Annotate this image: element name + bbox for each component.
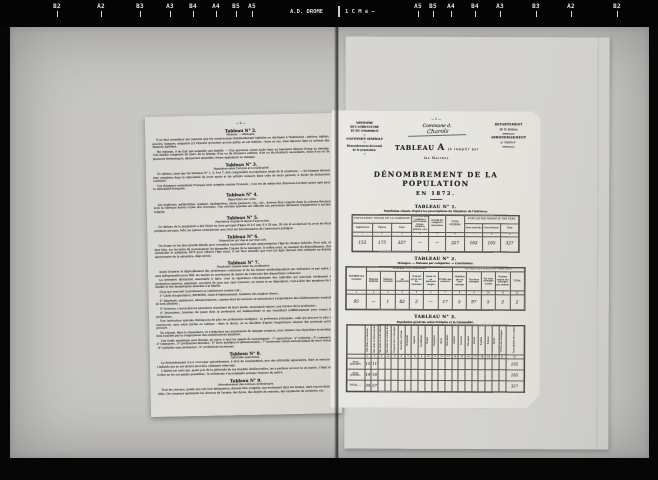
t2-handwritten-value: 17 (438, 295, 452, 310)
t1-handwritten-value: 152 (353, 236, 373, 251)
t2-handwritten-value: — (424, 295, 438, 310)
t1-handwritten-value: — (412, 236, 429, 251)
ruler-mark: A2 (90, 3, 112, 17)
section-tableau-5: Tableau N° 5. Population d'après le degr… (154, 213, 331, 233)
t3-handwritten-value (499, 370, 506, 381)
divider-dash (503, 133, 515, 134)
t2-handwritten-value: 82 (395, 295, 409, 310)
t1-col-total-general: TOTAL GÉNÉRAL (446, 215, 465, 232)
t1-handwritten-value: 165 (483, 236, 501, 251)
section-tableau-7: Tableau N° 7. Population classée selon l… (155, 258, 334, 350)
section-tableau-6: Tableau N° 6. Répartition par âge et par… (154, 232, 331, 259)
ruler-mark: B3 (525, 3, 547, 17)
divider-dash (502, 146, 514, 147)
t2-handwritten-value: 2 (409, 295, 423, 310)
t1-handwritten-value: 327 (501, 236, 519, 251)
t2-handwritten-value: 1 (381, 295, 395, 310)
form-main-title: DÉNOMBREMENT DE LA POPULATION (339, 170, 532, 189)
t3-column-header: Suédois (479, 326, 486, 355)
section-tableau-8: Tableau N° 8. Infirmités apparentes. Le … (157, 349, 334, 377)
t2-col-nombre-menages: NOMBRE des ménages (346, 267, 366, 291)
arrondissement-handwritten-value: d. Valence (501, 140, 517, 145)
t2-subcolumn-header: Par deux ménages (467, 272, 481, 291)
t2-handwritten-value: 2 (495, 295, 509, 310)
department-block: DÉPARTEMENT de la Drôme ARRONDISSEMENT d… (484, 122, 532, 161)
t3-row-label-header (347, 325, 365, 354)
tableau3-table: Née dans la communeNée dans le départeme… (346, 325, 524, 393)
section-tableau-4: Tableau N° 4. Répartition par culte. Les… (153, 190, 330, 214)
t2-subcolumn-header: Par trois ménages et plus (481, 272, 495, 291)
divider-dash (430, 198, 442, 199)
t1-group-population-par-sexe: POPULATION RÉPARTIE PAR SEXE (465, 215, 519, 224)
t2-handwritten-value: 2 (510, 295, 525, 310)
section-tableau-3: Tableau N° 3. Population selon l'origine… (153, 160, 331, 192)
t2-handwritten-value: — (366, 295, 380, 310)
t3-handwritten-value: 165 (505, 370, 523, 381)
t3-column-header: Italiens (452, 326, 459, 355)
t3-row-label: TOTAL..... (346, 380, 364, 391)
t2-subcolumn-header: TOTAL (510, 272, 525, 291)
ministry-block: MINISTÈREDE L'AGRICULTUREET DU COMMERCE—… (339, 122, 389, 161)
paragraph: On donne ici les plus grands détails pou… (155, 241, 332, 259)
section-tableau-2: Tableau N° 2. Maisons. — Ménages. Il ne … (152, 126, 330, 161)
tableau-letter: A (437, 143, 445, 153)
ruler-mark: A5 (241, 3, 263, 17)
ruler-mark: A3 (159, 3, 181, 17)
t3-handwritten-value: 162 (506, 359, 524, 370)
ruler-mark: A2 (560, 3, 582, 17)
form-header-center: Commune d. Charols TABLEAU A (à remplir … (389, 122, 484, 161)
paragraph: Tous les chevaux, quelle que soit leur d… (158, 385, 335, 396)
paragraph: Les anglicans, méthodistes, quakers, ana… (154, 200, 331, 214)
t1-subcolumn-header: Agglomérée (353, 223, 373, 232)
tableau-a-form-page: — 1 — MINISTÈREDE L'AGRICULTUREET DU COM… (330, 111, 540, 409)
t3-row-label: Sexe masculin. (347, 358, 365, 369)
t1-handwritten-value: 327 (392, 236, 412, 251)
t3-column-header: Espagnols (432, 326, 439, 355)
t2-subcolumn-header: TOTAL des maisons (438, 272, 452, 291)
t1-group-population-totale: POPULATION TOTALE DE LA COMMUNE (353, 215, 412, 224)
t2-handwritten-value: 5 (481, 295, 495, 310)
t2-subcolumn-header: N'ayant qu'un rez-de-chaussée (409, 272, 423, 291)
commune-handwritten-value: Charols (408, 128, 467, 137)
tableau1-subtitle: Population classée d'après les prescript… (339, 210, 532, 214)
t2-subcolumn-header: Nombre moyen des ménages par maison (496, 272, 510, 291)
paragraph: Une étude analytique sera donnée, en out… (157, 336, 334, 350)
t3-column-header: Née dans la commune (365, 326, 372, 355)
t2-subcolumn-header: Maisons habitées (366, 272, 380, 291)
tableau2-subtitle: Ménages. — Maisons par catégories. — Con… (339, 262, 532, 266)
ruler-mark: A3 (489, 3, 511, 17)
t2-subcolumn-header: En construction (395, 272, 409, 291)
film-frame: — 2 — Tableau N° 2. Maisons. — Ménages. … (10, 27, 649, 458)
t2-subcolumn-header: Habitées par un seul ménage (452, 272, 466, 291)
t1-handwritten-value: 175 (372, 236, 392, 251)
t3-column-header: Allemands (405, 326, 412, 355)
form-header: MINISTÈREDE L'AGRICULTUREET DU COMMERCE—… (339, 122, 532, 162)
ruler-mark: B4 (464, 3, 486, 17)
ruler-mark: B4 (182, 3, 204, 17)
t2-subcolumn-header: Ayant un ou plusieurs étages (424, 272, 438, 291)
t1-handwritten-value: 162 (465, 236, 483, 251)
film-ruler-bar: B2A2B3A3B4A4B5A5A5B5A4B4A3B3A2B2 A.D. DR… (0, 0, 658, 27)
t2-handwritten-value: 95 (346, 294, 366, 309)
t2-handwritten-value: 5 (452, 295, 466, 310)
section-tableau-9: Tableau N° 9. Dénombrement des animaux d… (157, 376, 334, 396)
ruler-mark: B3 (129, 3, 151, 17)
department-value: de la Drôme (485, 127, 533, 132)
paragraph: Par ménage, il ne faut pas entendre une … (153, 147, 330, 161)
t1-subcolumn-header: Sexe masculin (465, 224, 483, 233)
t1-col-comptee-a-part: POPULATION comptée à part (armée, lycées… (412, 215, 429, 232)
tableau3-subtitle: Population générale selon l'Origine et l… (339, 320, 532, 324)
t1-subcolumn-header: Sexe féminin (483, 224, 501, 233)
t1-subcolumn-header: Total (501, 224, 519, 233)
t3-handwritten-value (498, 381, 505, 392)
t1-subcolumn-header: Éparse (372, 223, 392, 232)
ruler-center-tick (338, 6, 340, 17)
t3-column-header: Anglais (412, 326, 419, 355)
tableau2-table: NOMBRE des ménages NOMBRE DES MAISONS DÉ… (346, 266, 525, 310)
form-main-subtitle: EN 1872. (339, 191, 532, 198)
tableau-a-heading: TABLEAU A (à remplir par les Maires). (393, 143, 480, 161)
book-fold-shadow (334, 27, 339, 458)
tableau1-table: POPULATION TOTALE DE LA COMMUNE POPULATI… (352, 214, 519, 252)
t3-column-header: Née dans les colonies françaises (385, 326, 392, 355)
t3-column-header: Polonais (458, 326, 465, 355)
microfilm-scan-viewport: B2A2B3A3B4A4B5A5A5B5A4B4A3B3A2B2 A.D. DR… (0, 0, 658, 480)
t1-col-doubles-comptes: DOUBLES comptes à retrancher (429, 215, 446, 232)
t1-handwritten-value: — (429, 236, 446, 251)
tableau-label: TABLEAU (395, 144, 435, 152)
t2-subcolumn-header: Maisons vacantes (381, 272, 395, 291)
instructions-page: — 2 — Tableau N° 2. Maisons. — Ménages. … (145, 113, 342, 417)
t3-column-header: Français nés à l'étranger (391, 326, 398, 355)
page-number: — 1 — (340, 117, 533, 122)
scale-label: 1 C M ≡ — (345, 9, 375, 15)
ruler-mark: A4 (205, 3, 227, 17)
t2-handwritten-value: 97 (467, 295, 481, 310)
t1-subcolumn-header: Total (392, 223, 412, 232)
ruler-mark: A4 (440, 3, 462, 17)
t3-handwritten-value (499, 359, 506, 370)
ruler-mark: B2 (46, 3, 68, 17)
ruler-mark: B2 (606, 3, 628, 17)
commune-line: Commune d. Charols (394, 124, 481, 136)
t1-handwritten-value: 327 (446, 236, 465, 251)
t3-column-header: Total général de la population (506, 326, 524, 355)
ministry-line: — (339, 153, 389, 157)
t3-handwritten-value: 327 (505, 381, 523, 392)
t3-row-label: Sexe féminin. (346, 369, 364, 380)
archive-label: A.D. DROME (290, 9, 323, 15)
